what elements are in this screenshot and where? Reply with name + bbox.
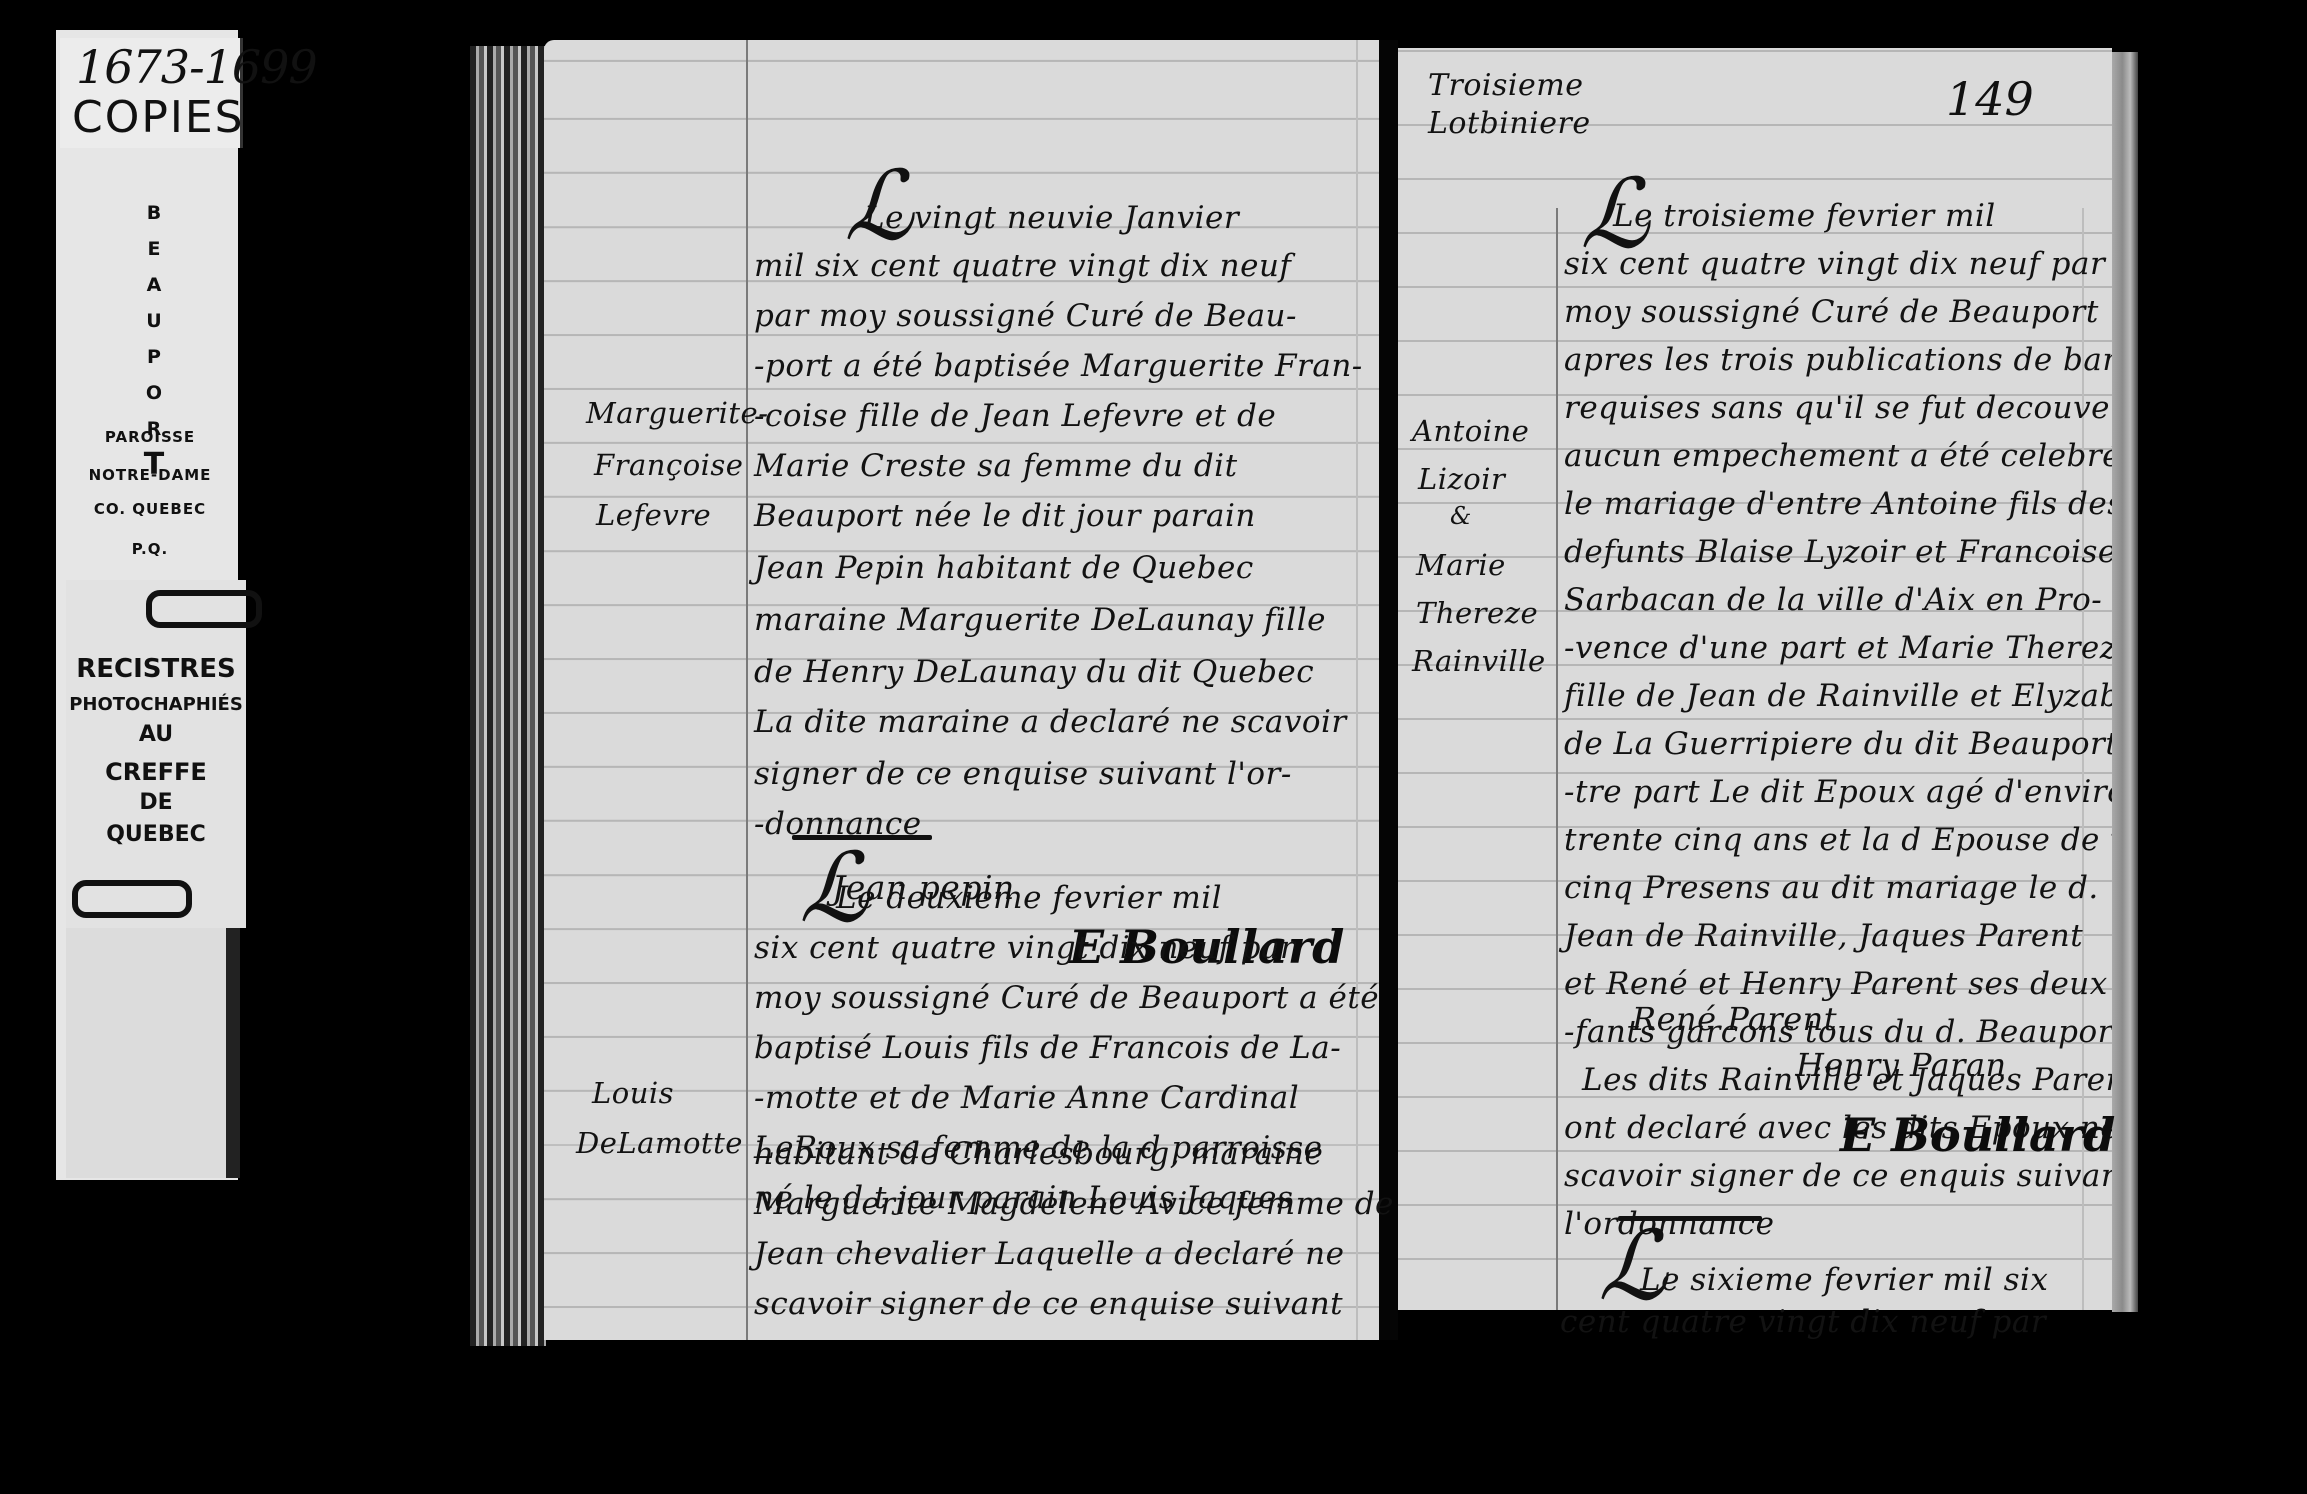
entry-line: moy soussigné Curé de Beauport (1564, 294, 2099, 330)
margin-rule (1556, 208, 1558, 1310)
entry-line: -port a été baptisée Marguerite Fran- (754, 348, 1363, 384)
entry-line: baptisé Louis fils de Francois de La- (754, 1030, 1341, 1066)
entry-line: Le deuxieme fevrier mil (836, 880, 1222, 916)
label-province: P.Q. (60, 540, 240, 558)
entry-line: de La Guerripiere du dit Beauport d'au- (1564, 726, 2112, 762)
card-line-quebec: QUEBEC (66, 822, 246, 847)
entry-line: trente cinq ans et la d Epouse de vingt (1564, 822, 2112, 858)
entry-line: le mariage d'entre Antoine fils des (1564, 486, 2112, 522)
archive-copies-label: COPIES (72, 92, 245, 143)
margin-name: Françoise (594, 448, 743, 482)
margin-name: Marie (1416, 548, 1506, 582)
entry-line: -motte et de Marie Anne Cardinal (754, 1080, 1299, 1116)
entry-line: Marie Creste sa femme du dit (754, 448, 1238, 484)
margin-name: Rainville (1412, 644, 1546, 678)
margin-name: Louis (592, 1076, 674, 1110)
entry-line: Marguerite Magdelene Avice femme de (754, 1186, 1394, 1222)
parish-letter: B (147, 195, 161, 231)
card-line-photographies: PHOTOCHAPHIÉS (66, 694, 246, 715)
signature-priest: E Boullard (1840, 1108, 2115, 1162)
margin-name: Marguerite- (586, 396, 769, 430)
card-line-greffe: CREFFE (66, 758, 246, 786)
card-line-registres: RECISTRES (66, 654, 246, 684)
parish-letter: P (147, 339, 161, 375)
entry-line: apres les trois publications de bans (1564, 342, 2112, 378)
entry-line: Sarbacan de la ville d'Aix en Pro- (1564, 582, 2102, 618)
entry-line: maraine Marguerite DeLaunay fille (754, 602, 1326, 638)
label-paroisse: PAROISSE (60, 428, 240, 446)
paper-clip-icon (72, 880, 192, 918)
entry-line: scavoir signer de ce enquise suivant (754, 1286, 1343, 1322)
parish-letter: E (148, 231, 161, 267)
entry-line: scavoir signer de ce enquis suivant (1564, 1158, 2112, 1194)
entry-line: six cent quatre vingt dix neuf par (754, 930, 1295, 966)
entry-line: Beauport née le dit jour parain (754, 498, 1256, 534)
entry-line: Jean Pepin habitant de Quebec (754, 550, 1254, 586)
page-header-line: Lotbiniere (1428, 106, 1591, 141)
margin-name: Lefevre (596, 498, 711, 532)
margin-name: Antoine (1412, 414, 1529, 448)
entry-line: defunts Blaise Lyzoir et Francoise (1564, 534, 2112, 570)
label-notre-dame: NOTRE-DAME (60, 466, 240, 484)
right-margin-rule (1356, 40, 1358, 1340)
book-gutter (1379, 40, 1398, 1340)
page-header-line: Troisieme (1428, 68, 1583, 103)
book-right-edge (2112, 52, 2138, 1312)
entry-line: requises sans qu'il se fut decouvert (1564, 390, 2112, 426)
entry-line: Jean de Rainville, Jaques Parent (1564, 918, 2083, 954)
entry-line: et René et Henry Parent ses deux en- (1564, 966, 2112, 1002)
entry-line: La dite maraine a declaré ne scavoir (754, 704, 1347, 740)
parish-letter: A (147, 267, 162, 303)
signature-witness: Henry Paran (1796, 1046, 2007, 1084)
entry-line: -vence d'une part et Marie Thereze (1564, 630, 2112, 666)
paper-clip-icon (146, 590, 262, 628)
signature-witness: René Parent (1632, 1000, 1837, 1038)
entry-line: -tre part Le dit Epoux agé d'environ (1564, 774, 2112, 810)
entry-line: de Henry DeLaunay du dit Quebec (754, 654, 1314, 690)
label-strip-bottom (66, 928, 240, 1178)
entry-line: moy soussigné Curé de Beauport a été (754, 980, 1379, 1016)
parish-letter: O (146, 375, 162, 411)
registry-card (66, 580, 246, 928)
entry-line: Le vingt neuvie Janvier (864, 200, 1239, 236)
entry-line: Le sixieme fevrier mil six (1640, 1262, 2048, 1298)
entry-line: signer de ce enquise suivant l'or- (754, 756, 1292, 792)
entry-line: par moy soussigné Curé de Beau- (754, 298, 1297, 334)
page-number: 149 (1946, 72, 2034, 126)
entry-line: -coise fille de Jean Lefevre et de (754, 398, 1276, 434)
margin-name: Thereze (1416, 596, 1538, 630)
entry-line: cinq Presens au dit mariage le d. (1564, 870, 2099, 906)
card-line-au: AU (66, 722, 246, 747)
margin-name: Lizoir (1418, 462, 1505, 496)
margin-name: & (1450, 502, 1472, 530)
archive-years: 1673-1699 (76, 40, 317, 94)
entry-line: aucun empechement a été celebré (1564, 438, 2112, 474)
margin-name: DeLamotte (576, 1126, 743, 1160)
entry-line: fille de Jean de Rainville et Elyzabeth (1564, 678, 2112, 714)
entry-line: habitant de Charlesbourg, maraine (754, 1136, 1323, 1172)
entry-line: six cent quatre vingt dix neuf par (1564, 246, 2105, 282)
entry-line: mil six cent quatre vingt dix neuf (754, 248, 1291, 284)
margin-rule (746, 40, 748, 1340)
card-line-de: DE (66, 790, 246, 815)
entry-line: l'ordonnance (1564, 1206, 1775, 1242)
parish-letter: U (146, 303, 161, 339)
entry-line: cent quatre vingt dix neuf par (1560, 1304, 2046, 1340)
book-page-edges (470, 46, 546, 1346)
entry-line: Jean chevalier Laquelle a declaré ne (754, 1236, 1344, 1272)
label-county: CO. QUEBEC (60, 500, 240, 518)
entry-line: Le troisieme fevrier mil (1613, 198, 1996, 234)
